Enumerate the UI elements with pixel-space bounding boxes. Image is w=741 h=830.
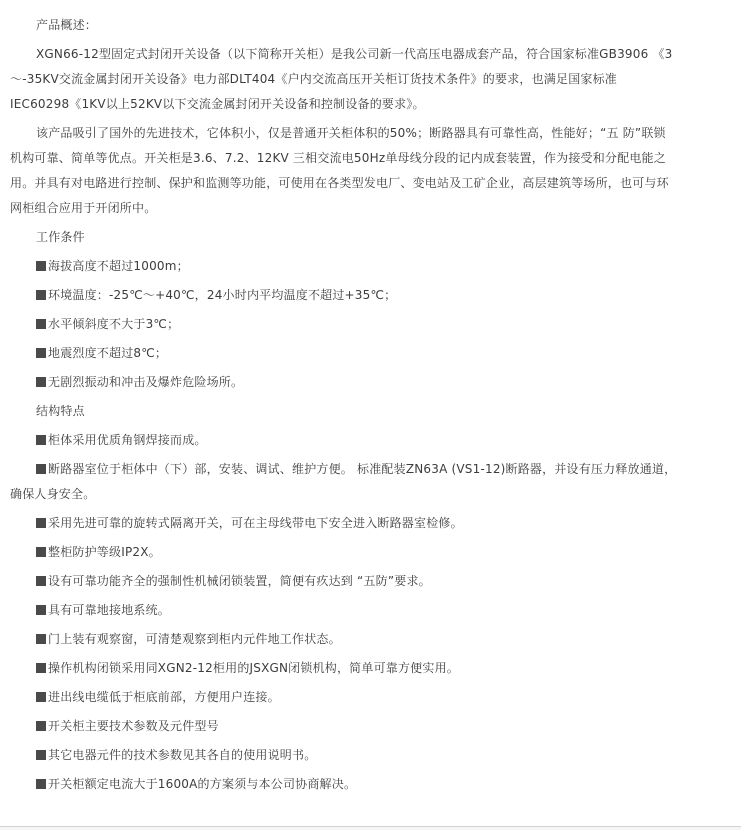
square-bullet-icon <box>36 576 46 586</box>
condition-item: 水平倾斜度不大于3℃； <box>36 316 179 332</box>
square-bullet-icon <box>36 518 46 528</box>
structure-item: 开关柜额定电流大于1600A的方案须与本公司协商解决。 <box>36 776 356 792</box>
square-bullet-icon <box>36 634 46 644</box>
structure-item: 开关柜主要技术参数及元件型号 <box>36 718 219 734</box>
condition-item: 地震烈度不超过8℃； <box>36 345 167 361</box>
square-bullet-icon <box>36 261 46 271</box>
square-bullet-icon <box>36 435 46 445</box>
square-bullet-icon <box>36 377 46 387</box>
square-bullet-icon <box>36 605 46 615</box>
structure-item: 柜体采用优质角钢焊接而成。 <box>36 432 207 448</box>
structure-item: 操作机构闭锁采用同XGN2-12柜用的JSXGN闭锁机构，简单可靠方便实用。 <box>36 660 459 676</box>
overview-para1-line3: IEC60298《1KV以上52KV以下交流金属封闭开关设备和控制设备的要求》。 <box>10 96 425 112</box>
structure-item: 整柜防护等级IP2X。 <box>36 544 161 560</box>
square-bullet-icon <box>36 779 46 789</box>
square-bullet-icon <box>36 750 46 760</box>
condition-item: 无剧烈振动和冲击及爆炸危险场所。 <box>36 374 243 390</box>
condition-item: 海拔高度不超过1000m； <box>36 258 189 274</box>
overview-para2-line2: 机构可靠、简单等优点。开关柜是3.6、7.2、12KV 三相交流电50Hz单母线… <box>10 150 666 166</box>
condition-item: 环境温度：-25℃～+40℃，24小时内平均温度不超过+35℃； <box>36 287 396 303</box>
structure-item: 采用先进可靠的旋转式隔离开关，可在主母线带电下安全进入断路器室检修。 <box>36 515 463 531</box>
structure-item: 设有可靠功能齐全的强制性机械闭锁装置，简便有疚达到 “五防”要求。 <box>36 573 431 589</box>
square-bullet-icon <box>36 290 46 300</box>
structure-item: 进出线电缆低于柜底前部，方便用户连接。 <box>36 689 280 705</box>
structure-item: 门上装有观察窗，可清楚观察到柜内元件地工作状态。 <box>36 631 341 647</box>
overview-para2-line3: 用。并具有对电路进行控制、保护和监测等功能，可使用在各类型发电厂、变电站及工矿企… <box>10 175 669 191</box>
overview-para2-line1: 该产品吸引了国外的先进技术，它体积小，仅是普通开关柜体积的50%；断路器具有可靠… <box>36 125 666 141</box>
structure-item: 断路器室位于柜体中（下）部，安装、调试、维护方便。 标准配装ZN63A (VS1… <box>36 461 676 477</box>
square-bullet-icon <box>36 663 46 673</box>
overview-para1-line1: XGN66-12型固定式封闭开关设备（以下简称开关柜）是我公司新一代高压电器成套… <box>36 46 673 62</box>
overview-para1-line2: ～-35KV交流金属封闭开关设备》电力部DLT404《户内交流高压开关柜订货技术… <box>10 71 617 87</box>
square-bullet-icon <box>36 692 46 702</box>
structure-item-continuation: 确保人身安全。 <box>10 486 95 502</box>
square-bullet-icon <box>36 348 46 358</box>
square-bullet-icon <box>36 547 46 557</box>
square-bullet-icon <box>36 721 46 731</box>
square-bullet-icon <box>36 319 46 329</box>
square-bullet-icon <box>36 464 46 474</box>
structure-item: 具有可靠地接地系统。 <box>36 602 170 618</box>
structure-item: 其它电器元件的技术参数见其各自的使用说明书。 <box>36 747 316 763</box>
overview-heading: 产品概述： <box>36 17 97 33</box>
working-conditions-heading: 工作条件 <box>36 229 85 245</box>
overview-para2-line4: 网柜组合应用于开闭所中。 <box>10 200 156 216</box>
structure-heading: 结构特点 <box>36 403 85 419</box>
